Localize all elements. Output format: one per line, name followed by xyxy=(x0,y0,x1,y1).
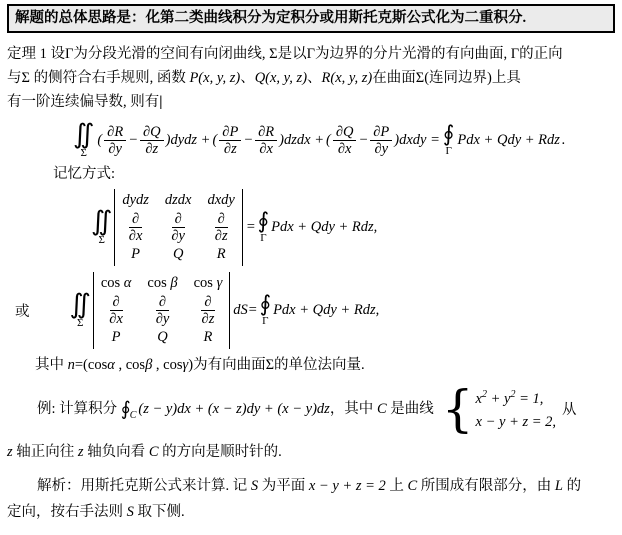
matrix-cell: cos β xyxy=(147,275,177,292)
example-paragraph: 例: 计算积分 ∮C(z − y)dx + (x − z)dy + (x − y… xyxy=(37,383,615,434)
fraction-denominator: ∂x xyxy=(335,141,355,157)
contour-domain-gamma: Γ xyxy=(260,233,266,244)
double-integral-icon: ∬ Σ xyxy=(70,292,91,329)
text-run: cos xyxy=(194,275,217,291)
contour-domain-gamma: Γ xyxy=(262,316,268,327)
text-run: x − y + z = 2 xyxy=(309,478,386,494)
contour-integral-icon: ∮ Γ xyxy=(260,294,271,327)
text-run: 轴正向往 xyxy=(13,444,78,460)
matrix-cell: dxdy xyxy=(208,192,235,209)
text-run: | xyxy=(159,94,162,110)
equals-sign: = xyxy=(248,302,258,319)
text-run: x − y + z = 2, xyxy=(476,414,557,430)
matrix-cell: cos γ xyxy=(194,275,223,292)
open-paren: ( xyxy=(326,132,331,149)
fraction-numerator: ∂R xyxy=(104,124,126,141)
theorem-line-1: 定理 1 设Γ为分段光滑的空间有向闭曲线, Σ是以Γ为边界的分片光滑的有向曲面,… xyxy=(7,42,615,66)
fraction-numerator: ∂ xyxy=(201,294,214,311)
fraction-denominator: ∂y xyxy=(168,228,188,244)
text-run: 在曲面Σ(连同边界)上具 xyxy=(372,70,521,86)
text-run: α xyxy=(107,357,115,373)
system-equation-1: x2 + y2 = 1, xyxy=(476,383,557,411)
text-run: 例: 计算积分 xyxy=(37,401,121,417)
text-run: 与Σ 的侧符合右手规则, 函数 xyxy=(7,70,189,86)
fraction-numerator: ∂R xyxy=(255,124,277,141)
system-equations: x2 + y2 = 1, x − y + z = 2, xyxy=(476,383,557,434)
text-run: L xyxy=(555,478,563,494)
fraction-numerator: ∂P xyxy=(370,124,392,141)
partial-operator: ∂∂x xyxy=(126,211,146,244)
equation-system: { x2 + y2 = 1, x − y + z = 2, xyxy=(442,383,556,434)
fraction-denominator: ∂x xyxy=(106,311,126,327)
contour-integral-glyph: ∮ xyxy=(443,124,454,146)
text-run: 是曲线 xyxy=(387,401,434,417)
text-run: Q(x, y, z) xyxy=(255,70,307,86)
formula-end: . xyxy=(562,132,566,149)
text-run: 有一阶连续偏导数, 则有 xyxy=(7,94,159,110)
minus-operator: − xyxy=(358,132,368,149)
double-integral-glyph: ∬ xyxy=(91,209,112,235)
partial-operator: ∂∂z xyxy=(212,211,231,244)
integral-domain-sigma: Σ xyxy=(80,148,86,159)
text-run: + xyxy=(487,391,504,407)
text-run: 从 xyxy=(562,402,577,418)
contour-integral-icon: ∮ Γ xyxy=(443,124,454,157)
double-integral-glyph: ∬ xyxy=(73,122,94,148)
partial-fraction: ∂P∂y xyxy=(370,124,392,157)
fraction-numerator: ∂P xyxy=(219,124,241,141)
matrix-cell: P xyxy=(131,246,140,263)
text-run: C xyxy=(377,401,387,417)
matrix-cell: R xyxy=(217,246,226,263)
fraction-denominator: ∂z xyxy=(142,141,161,157)
fraction-numerator: ∂Q xyxy=(140,124,164,141)
text-run: α xyxy=(124,275,132,291)
text-run: 的 xyxy=(563,478,581,494)
double-integral-icon: ∬ Σ xyxy=(91,209,112,246)
example-direction-line: z 轴正向往 z 轴负向看 C 的方向是顺时针的. xyxy=(7,440,615,464)
text-run: 为平面 xyxy=(258,478,309,494)
minus-operator: − xyxy=(128,132,138,149)
text-run: β xyxy=(170,275,177,291)
text-run: (z − y)dx + (x − z)dy + (x − y)dz xyxy=(138,401,329,417)
double-integral-icon: ∬ Σ xyxy=(73,122,94,159)
text-run: , cos xyxy=(115,357,145,373)
matrix-cell: dzdx xyxy=(165,192,192,209)
text-run: 、 xyxy=(240,70,255,86)
matrix-cell: cos α xyxy=(101,275,132,292)
integral-domain-sigma: Σ xyxy=(77,318,83,329)
fraction-numerator: ∂Q xyxy=(333,124,357,141)
fraction-denominator: ∂z xyxy=(221,141,240,157)
text-run: C xyxy=(130,410,137,421)
open-paren: ( xyxy=(212,132,217,149)
or-label: 或 xyxy=(15,300,30,321)
text-run: γ xyxy=(217,275,223,291)
text-run: =(cos xyxy=(75,357,107,373)
term-tail: )dydz + xyxy=(166,132,211,149)
text-run: 轴负向看 xyxy=(84,444,149,460)
matrix-cell: dydz xyxy=(122,192,149,209)
fraction-numerator: ∂ xyxy=(215,211,228,228)
text-run: C xyxy=(408,478,418,494)
text-run: 上 xyxy=(386,478,408,494)
contour-integral-glyph: ∮ xyxy=(258,211,269,233)
text-run: 的方向是顺时针的. xyxy=(158,444,281,460)
matrix-cell: R xyxy=(204,329,213,346)
memory-method-label: 记忆方式: xyxy=(53,163,615,185)
text-run: )为有向曲面Σ的单位法向量. xyxy=(188,357,364,373)
fraction-numerator: ∂ xyxy=(110,294,123,311)
solution-line-1: 解析：用斯托克斯公式来计算. 记 S 为平面 x − y + z = 2 上 C… xyxy=(37,473,615,499)
partial-fraction: ∂R∂x xyxy=(255,124,277,157)
partial-operator: ∂∂x xyxy=(106,294,126,327)
formula-rhs: Pdx + Qdy + Rdz xyxy=(273,302,376,319)
contour-integral-icon: ∮ Γ xyxy=(258,211,269,244)
fraction-denominator: ∂x xyxy=(126,228,146,244)
double-integral-glyph: ∬ xyxy=(70,292,91,318)
formula-rhs: Pdx + Qdy + Rdz xyxy=(457,132,560,149)
matrix-cell: Q xyxy=(157,329,167,346)
determinant-matrix-cosines: cos α cos β cos γ ∂∂x ∂∂y ∂∂z P Q R xyxy=(93,272,230,349)
text-run: R(x, y, z) xyxy=(322,70,373,86)
partial-operator: ∂∂z xyxy=(199,294,218,327)
fraction-denominator: ∂y xyxy=(153,311,173,327)
text-run: , cos xyxy=(152,357,182,373)
fraction-numerator: ∂ xyxy=(156,294,169,311)
fraction-denominator: ∂y xyxy=(371,141,391,157)
partial-operator: ∂∂y xyxy=(168,211,188,244)
term-tail: )dzdx + xyxy=(279,132,324,149)
text-run: 、 xyxy=(307,70,322,86)
text-run: cos xyxy=(147,275,170,291)
contour-integral-glyph: ∮ xyxy=(260,294,271,316)
partial-fraction: ∂R∂y xyxy=(104,124,126,157)
fraction-numerator: ∂ xyxy=(172,211,185,228)
summary-box: 解题的总体思路是：化第二类曲线积分为定积分或用斯托克斯公式化为二重积分. xyxy=(7,4,615,33)
left-brace-icon: { xyxy=(442,384,474,434)
text-run: 取下侧. xyxy=(134,504,185,520)
system-equation-2: x − y + z = 2, xyxy=(476,411,557,434)
fraction-denominator: ∂x xyxy=(256,141,276,157)
stokes-formula: ∬ Σ ( ∂R∂y − ∂Q∂z )dydz + ( ∂P∂z − ∂R∂x … xyxy=(73,122,615,159)
fraction-numerator: ∂ xyxy=(129,211,142,228)
partial-fraction: ∂Q∂z xyxy=(140,124,164,157)
integral-domain-sigma: Σ xyxy=(98,235,104,246)
determinant-matrix-differentials: dydz dzdx dxdy ∂∂x ∂∂y ∂∂z P Q R xyxy=(114,189,243,266)
minus-operator: − xyxy=(243,132,253,149)
text-run: cos xyxy=(101,275,124,291)
partial-fraction: ∂Q∂x xyxy=(333,124,357,157)
text-run: P(x, y, z) xyxy=(189,70,240,86)
solution-line-2: 定向，按右手法则 S 取下侧. xyxy=(7,499,615,525)
fraction-denominator: ∂z xyxy=(199,311,218,327)
matrix-cell: P xyxy=(112,329,121,346)
determinant-formula-1: ∬ Σ dydz dzdx dxdy ∂∂x ∂∂y ∂∂z P Q R = ∮… xyxy=(91,189,615,266)
example-text: 例: 计算积分 ∮C(z − y)dx + (x − z)dy + (x − y… xyxy=(37,397,434,421)
text-run: ，其中 xyxy=(330,401,377,417)
memory-method-text: 记忆方式: xyxy=(53,166,115,182)
example-text-continuation: 从 xyxy=(562,398,577,419)
text-run: 定理 1 设Γ为分段光滑的空间有向闭曲线, Σ是以Γ为边界的分片光滑的有向曲面,… xyxy=(7,46,563,62)
formula-end: , xyxy=(376,302,380,319)
open-paren: ( xyxy=(97,132,102,149)
text-run: 解析：用斯托克斯公式来计算. 记 xyxy=(37,478,251,494)
matrix-cell: Q xyxy=(173,246,183,263)
term-tail: )dxdy = xyxy=(394,132,440,149)
fraction-denominator: ∂y xyxy=(105,141,125,157)
theorem-line-2: 与Σ 的侧符合右手规则, 函数 P(x, y, z)、Q(x, y, z)、R(… xyxy=(7,66,615,90)
text-run: 定向，按右手法则 xyxy=(7,504,127,520)
document-page: 解题的总体思路是：化第二类曲线积分为定积分或用斯托克斯公式化为二重积分. 定理 … xyxy=(0,0,622,535)
formula-rhs: Pdx + Qdy + Rdz xyxy=(271,219,374,236)
text-run: = 1, xyxy=(515,391,543,407)
equals-sign: = xyxy=(246,219,256,236)
partial-operator: ∂∂y xyxy=(153,294,173,327)
fraction-denominator: ∂z xyxy=(212,228,231,244)
text-run: 其中 xyxy=(35,357,68,373)
text-run: 所围成有限部分，由 xyxy=(417,478,555,494)
summary-text: 解题的总体思路是：化第二类曲线积分为定积分或用斯托克斯公式化为二重积分. xyxy=(15,10,526,26)
text-run: n xyxy=(68,357,75,373)
surface-element-ds: dS xyxy=(233,302,248,319)
contour-domain-gamma: Γ xyxy=(445,146,451,157)
determinant-formula-2: 或 ∬ Σ cos α cos β cos γ ∂∂x ∂∂y ∂∂z P Q … xyxy=(15,272,615,349)
partial-fraction: ∂P∂z xyxy=(219,124,241,157)
normal-vector-note: 其中 n=(cosα , cosβ , cosγ)为有向曲面Σ的单位法向量. xyxy=(35,353,615,377)
formula-end: , xyxy=(374,219,378,236)
theorem-paragraph: 定理 1 设Γ为分段光滑的空间有向闭曲线, Σ是以Γ为边界的分片光滑的有向曲面,… xyxy=(7,42,615,114)
theorem-line-3: 有一阶连续偏导数, 则有| xyxy=(7,90,615,114)
text-run: S xyxy=(127,504,134,520)
